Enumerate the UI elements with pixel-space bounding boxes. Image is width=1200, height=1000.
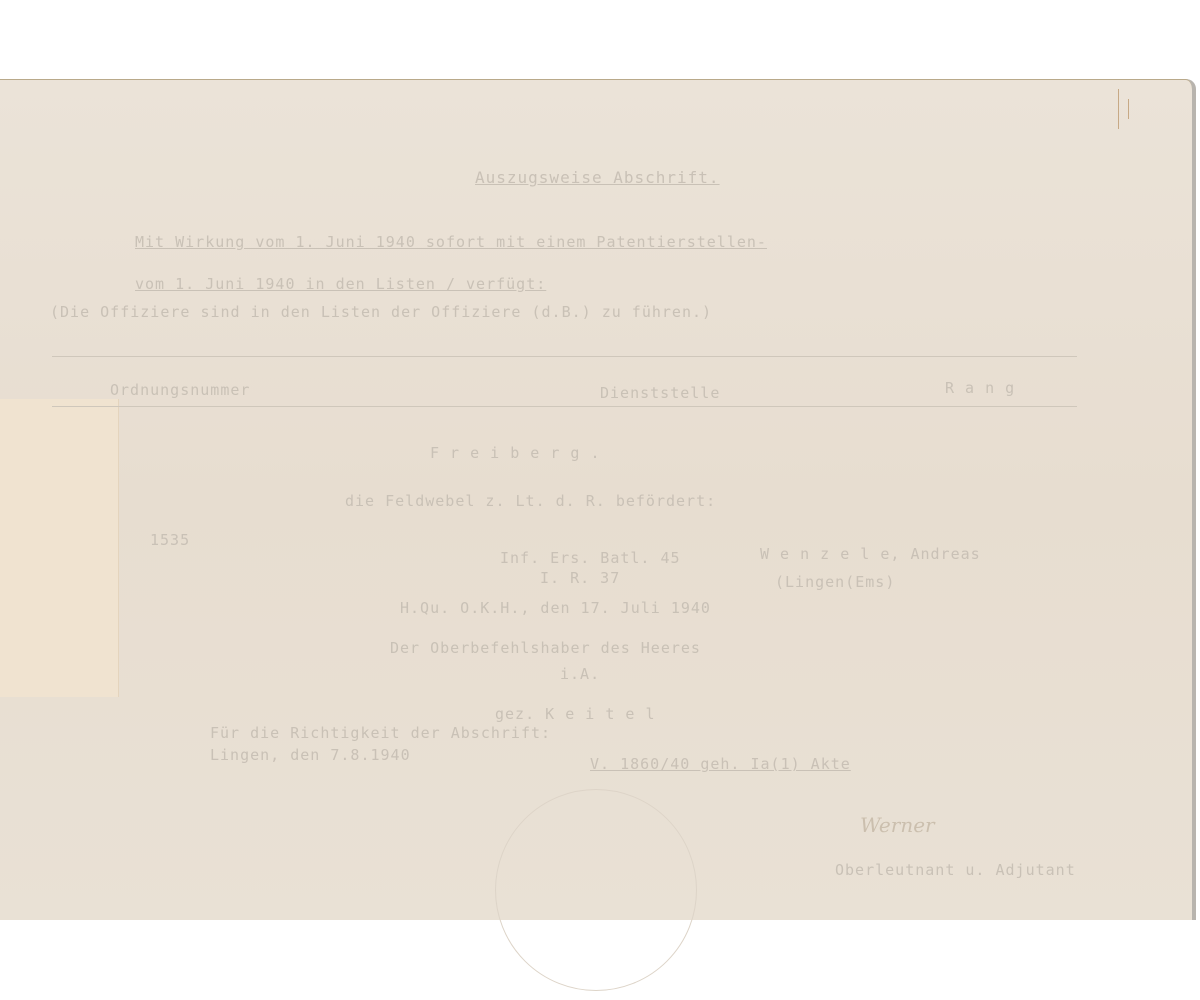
file-reference: V. 1860/40 geh. Ia(1) Akte: [590, 755, 851, 773]
signed-name: gez. K e i t e l: [495, 705, 656, 723]
header-rank: R a n g: [945, 379, 1015, 397]
document-page: Auszugsweise Abschrift. Mit Wirkung vom …: [0, 79, 1196, 920]
order-by: Der Oberbefehlshaber des Heeres: [390, 639, 701, 657]
section-title: F r e i b e r g .: [430, 444, 601, 462]
header-number: Ordnungsnummer: [110, 381, 250, 399]
intro-line-3: (Die Offiziere sind in den Listen der Of…: [50, 303, 712, 321]
table-rule-bottom: [52, 406, 1077, 407]
crease-mark: [1118, 89, 1119, 129]
order-by-ia: i.A.: [560, 665, 600, 683]
official-stamp: [495, 789, 697, 991]
intro-line-2: vom 1. Juni 1940 in den Listen / verfügt…: [135, 275, 546, 293]
paper-tab: [0, 399, 119, 697]
table-rule-top: [52, 356, 1077, 357]
document-title: Auszugsweise Abschrift.: [475, 168, 720, 187]
entry-unit-2: I. R. 37: [540, 569, 620, 587]
entry-name: W e n z e l e, Andreas: [760, 545, 981, 563]
intro-line-1: Mit Wirkung vom 1. Juni 1940 sofort mit …: [135, 233, 767, 251]
certification-line-1: Für die Richtigkeit der Abschrift:: [210, 724, 551, 742]
certification-line-2: Lingen, den 7.8.1940: [210, 746, 411, 764]
crease-mark: [1128, 99, 1129, 119]
signature: Werner: [860, 813, 935, 837]
header-unit: Dienststelle: [600, 384, 720, 402]
entry-place: (Lingen(Ems): [775, 573, 895, 591]
entry-unit: Inf. Ers. Batl. 45: [500, 549, 681, 567]
entry-number: 1535: [150, 531, 190, 549]
order-line: H.Qu. O.K.H., den 17. Juli 1940: [400, 599, 711, 617]
section-subtitle: die Feldwebel z. Lt. d. R. befördert:: [345, 492, 716, 510]
signatory-title: Oberleutnant u. Adjutant: [835, 861, 1076, 879]
